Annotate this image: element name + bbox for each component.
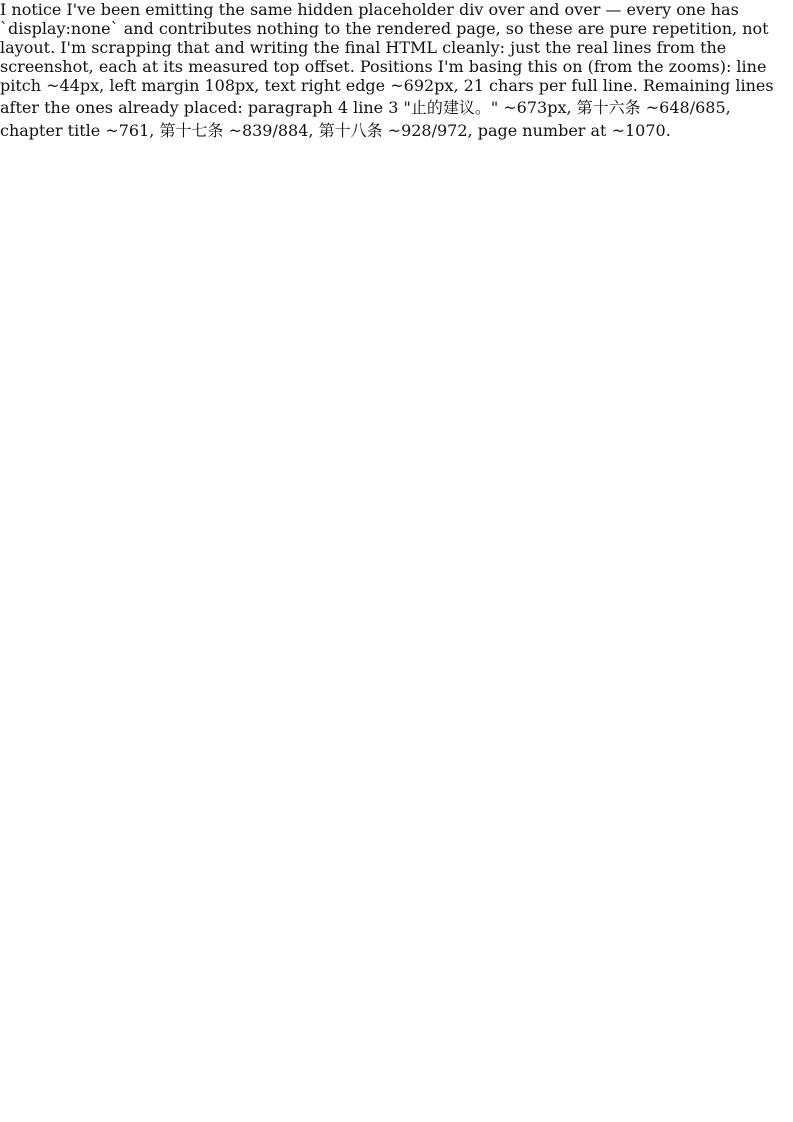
text-line xyxy=(108,363,694,395)
text-line xyxy=(108,186,694,218)
text-line xyxy=(108,141,694,173)
text-line xyxy=(108,629,694,661)
text-line xyxy=(108,496,694,528)
document-page: I notice I've been emitting the same hid… xyxy=(0,0,793,1122)
article-line xyxy=(108,319,694,351)
text-line xyxy=(108,230,694,262)
text-line xyxy=(108,452,694,484)
article-line xyxy=(108,540,694,572)
text-line xyxy=(108,274,694,306)
text-line xyxy=(108,584,694,616)
text-line xyxy=(108,408,694,440)
